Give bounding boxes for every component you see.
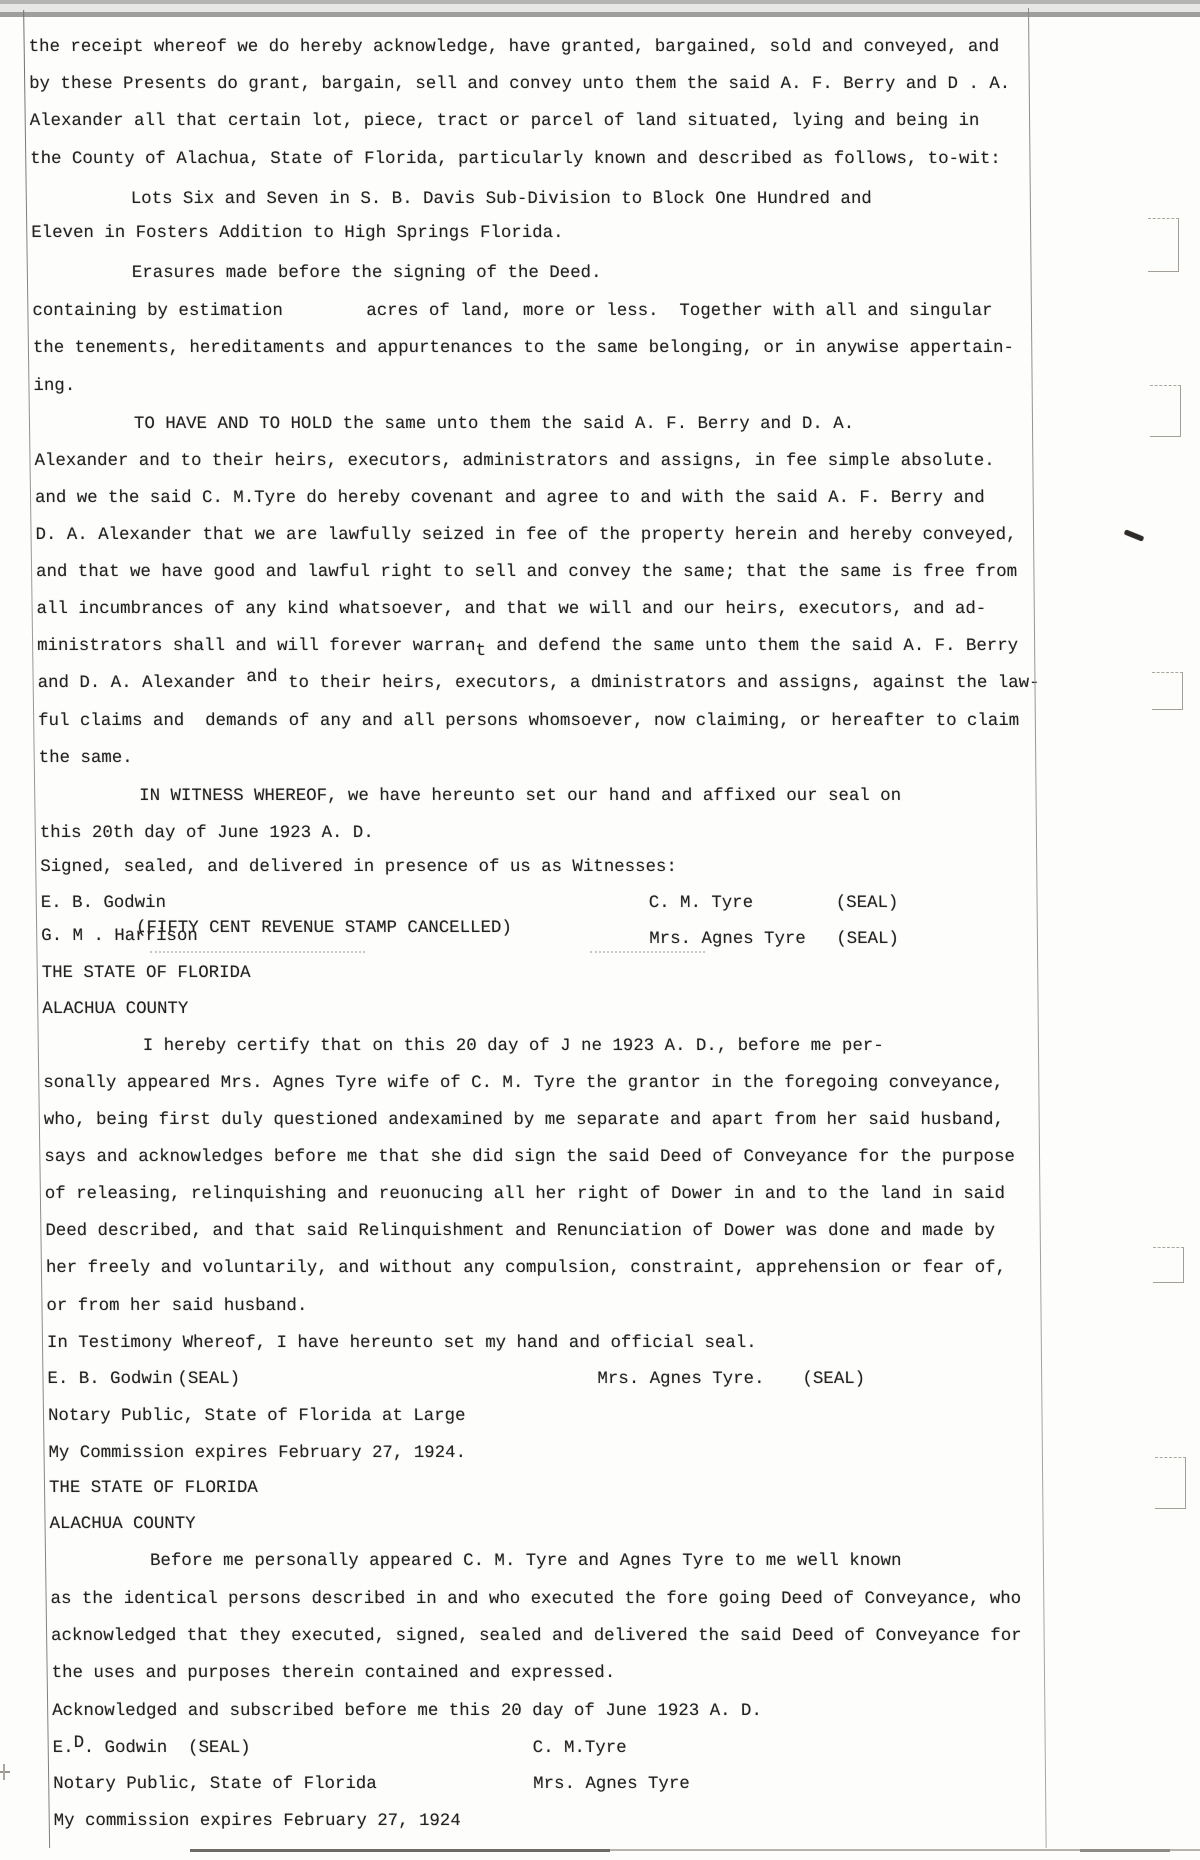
margin-bracket-mark [1153, 1247, 1184, 1283]
document-line: as the identical persons described in an… [50, 1588, 1021, 1612]
erasure-dots [590, 951, 705, 953]
document-line: Lots Six and Seven in S. B. Davis Sub-Di… [131, 188, 872, 212]
left-edge-mark-stroke [0, 1771, 10, 1773]
margin-bracket-mark [1150, 385, 1181, 437]
document-line: or from her said husband. [46, 1295, 307, 1319]
document-line: THE STATE OF FLORIDA [49, 1477, 258, 1501]
document-text: D [73, 1732, 84, 1756]
document-text: and defend the same unto them the said A… [486, 637, 1019, 656]
document-line: her freely and voluntarily, and without … [46, 1257, 1006, 1281]
document-body-layer: the receipt whereof we do hereby acknowl… [0, 0, 1200, 1860]
document-line: My Commission expires February 27, 1924. [48, 1442, 466, 1466]
document-line: acknowledged that they executed, signed,… [51, 1625, 1022, 1649]
document-line: Signed, sealed, and delivered in presenc… [40, 856, 677, 880]
document-line: Before me personally appeared C. M. Tyre… [150, 1550, 902, 1574]
document-text: Mrs. Agnes Tyre [533, 1773, 690, 1797]
document-line: ALACHUA COUNTY [49, 1513, 195, 1537]
deed-scan-page: the receipt whereof we do hereby acknowl… [0, 0, 1200, 1860]
document-text: Notary Public, State of Florida [53, 1773, 377, 1797]
document-line: the same. [39, 747, 133, 771]
document-line: Alexander and to their heirs, executors,… [34, 450, 994, 474]
document-line: and D. A. Alexander and to their heirs, … [38, 672, 1040, 696]
margin-bracket-mark [1152, 672, 1183, 710]
document-line: all incumbrances of any kind whatsoever,… [36, 598, 986, 622]
document-line: TO HAVE AND TO HOLD the same unto them t… [134, 413, 854, 437]
document-line: In Testimony Whereof, I have hereunto se… [47, 1332, 757, 1356]
document-text: (SEAL) [836, 928, 899, 952]
document-text: (SEAL) [836, 892, 899, 916]
document-line: who, being first duly questioned andexam… [44, 1109, 1004, 1133]
erasure-dots [150, 951, 365, 953]
document-line: sonally appeared Mrs. Agnes Tyre wife of… [43, 1072, 1003, 1096]
document-line: ful claims and demands of any and all pe… [38, 710, 1019, 734]
document-line: containing by estimation acres of land, … [32, 300, 992, 324]
document-line: Acknowledged and subscribed before me th… [52, 1700, 762, 1724]
document-line: Alexander all that certain lot, piece, t… [30, 110, 980, 134]
document-text: to their heirs, executors, a dministrato… [278, 674, 1040, 693]
document-text: (SEAL) [177, 1368, 240, 1392]
document-text: and D. A. Alexander [38, 674, 247, 693]
document-text: (SEAL) [802, 1368, 865, 1392]
document-line: ing. [33, 375, 75, 399]
document-line: the County of Alachua, State of Florida,… [30, 148, 1001, 172]
document-line: Notary Public, State of Florida at Large [48, 1405, 466, 1429]
document-text: C. M. Tyre [649, 892, 754, 916]
document-text: t [475, 642, 486, 661]
document-line: by these Presents do grant, bargain, sel… [29, 73, 1010, 97]
document-text: Mrs. Agnes Tyre. [597, 1368, 764, 1392]
document-line: IN WITNESS WHEREOF, we have hereunto set… [139, 785, 901, 809]
document-line: the tenements, hereditaments and appurte… [33, 337, 1014, 361]
document-line: Eleven in Fosters Addition to High Sprin… [31, 222, 564, 246]
document-text: ministrators shall and will forever warr… [37, 637, 476, 656]
document-line: Deed described, and that said Relinquish… [45, 1220, 995, 1244]
document-line: ministrators shall and will forever warr… [37, 635, 1018, 659]
document-text: C. M.Tyre [533, 1737, 627, 1761]
document-line: the receipt whereof we do hereby acknowl… [29, 36, 1000, 60]
document-text: Mrs. Agnes Tyre [649, 928, 806, 952]
document-line: ALACHUA COUNTY [42, 998, 188, 1022]
left-edge-mark-stroke [3, 1764, 5, 1780]
document-line: and we the said C. M.Tyre do hereby cove… [35, 487, 985, 511]
document-text: E. B. Godwin [47, 1368, 173, 1392]
document-line: I hereby certify that on this 20 day of … [143, 1035, 884, 1059]
bottom-rule-dark-segment [1080, 1849, 1170, 1852]
document-text: (FIFTY CENT REVENUE STAMP CANCELLED) [136, 917, 512, 941]
document-text: . Godwin (SEAL) [84, 1737, 251, 1761]
document-line: this 20th day of June 1923 A. D. [40, 822, 374, 846]
document-text: E. B. Godwin [41, 892, 167, 916]
document-line: and that we have good and lawful right t… [36, 561, 1017, 585]
document-line: says and acknowledges before me that she… [44, 1146, 1015, 1170]
document-line: the uses and purposes therein contained … [51, 1662, 615, 1686]
document-line: D. A. Alexander that we are lawfully sei… [35, 524, 1016, 548]
document-line: My commission expires February 27, 1924 [54, 1810, 461, 1834]
document-line: THE STATE OF FLORIDA [42, 962, 251, 986]
document-line: of releasing, relinquishing and reuonuci… [45, 1183, 1005, 1207]
bottom-rule-dark-segment [190, 1849, 610, 1852]
document-text: and [246, 668, 278, 687]
document-line: Erasures made before the signing of the … [132, 262, 602, 286]
margin-bracket-mark [1155, 1457, 1186, 1509]
margin-bracket-mark [1148, 218, 1179, 272]
